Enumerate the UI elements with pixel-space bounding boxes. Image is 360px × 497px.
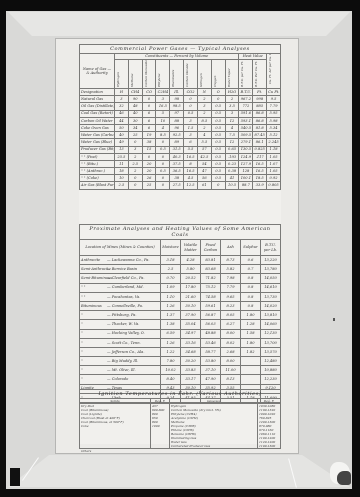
gas-row: Water Gas (Carburetted)4025198.592.5340.… [80, 132, 281, 139]
gas-value: 19 [142, 132, 156, 139]
coal-value: 9.65 [221, 292, 241, 301]
coal-location: "— Scott Co., Tenn. [80, 338, 161, 347]
gas-value: 86.1 [253, 139, 267, 146]
gas-value: 37.5 [170, 160, 184, 167]
coal-value: 14,610 [261, 283, 281, 292]
coal-value: 47.90 [201, 375, 221, 384]
gas-value: 61 [197, 182, 211, 189]
coal-rank: " [81, 359, 107, 364]
gas-value: 2 [128, 153, 142, 160]
coal-value: 12,130 [261, 329, 281, 338]
gas-value: 12.5 [184, 182, 198, 189]
coal-value: 1.38 [161, 320, 181, 329]
coal-mine-location: — Thacker, W. Va. [107, 322, 139, 326]
gas-value: 0 [142, 103, 156, 110]
coal-header-volatile: Volatile Matter [181, 240, 201, 256]
coal-value: 1.28 [241, 320, 261, 329]
gas-value: 16.5 [184, 168, 198, 175]
gas-value: 18 [115, 168, 129, 175]
gas-value: 33.9 [253, 182, 267, 189]
coal-value: 75.12 [201, 283, 221, 292]
coal-value: 48.88 [201, 329, 221, 338]
coal-header-ash: Ash [221, 240, 241, 256]
coal-location: "— Hocking Valley, O. [80, 329, 161, 338]
gas-value: 5.34 [267, 124, 281, 131]
coal-analyses-section: Proximate Analyses and Heating Values of… [79, 224, 281, 403]
coal-value: 5.80 [181, 265, 201, 274]
coal-value: 13,570 [261, 347, 281, 356]
solids-list: Dry PeatCoal (Bituminous)Coal (Lignite)C… [80, 404, 151, 449]
coal-value: 59.61 [201, 301, 221, 310]
gas-row: Carbon Oil Water Gas44306108838.50.51259… [80, 117, 281, 124]
coal-value: 12,480 [261, 357, 281, 366]
gas-value: 124.9 [239, 153, 253, 160]
coal-row: "— Hocking Valley, O.6.5934.9748.888.001… [80, 329, 281, 338]
gas-value: 0 [128, 139, 142, 146]
coal-value: 8.05 [221, 311, 241, 320]
gas-value: 0.5 [156, 168, 170, 175]
ignition-entry: 1100-1300 [259, 444, 279, 448]
coal-mine-location: — Pittsburg, Pa. [107, 313, 137, 317]
gas-row: Water Gas (Blue)4903808965.50.512279.186… [80, 139, 281, 146]
coal-value: 8.40 [161, 375, 181, 384]
gas-value: 5.5 [197, 139, 211, 146]
gas-value: 5.98 [267, 117, 281, 124]
coal-rank: Semi-Anthracite [81, 267, 107, 272]
gas-value: 25 [128, 132, 142, 139]
gas-value: 26 [142, 175, 156, 182]
coal-value: 8.23 [221, 301, 241, 310]
coal-row: "— Mt. Olive, Ill.10.0233.8337.1011.0010… [80, 366, 281, 375]
gas-value: 279.1 [239, 139, 253, 146]
gas-value: 41 [225, 175, 239, 182]
gas-value: 8 [184, 160, 198, 167]
gas-value: 6 [142, 110, 156, 117]
column-label: B.T.U. per Cu. Ft. [239, 60, 253, 89]
gas-value: 88.7 [239, 182, 253, 189]
coal-value: 1.37 [161, 311, 181, 320]
coal-value: 2.68 [221, 347, 241, 356]
coal-location: Bituminous— Connellsville, Pa. [80, 301, 161, 310]
gas-value: 0.23 [225, 160, 239, 167]
coal-value: 14,020 [261, 301, 281, 310]
sticker-shadow [337, 471, 351, 485]
gas-row: " " (Coke)100260384.5560.541100.118.50.9… [80, 175, 281, 182]
coal-value: 6.59 [161, 329, 181, 338]
coal-row: " "— Pocahontas, Va.1.1021.6074.589.650.… [80, 292, 281, 301]
gas-value: 90 [128, 96, 142, 103]
gas-value: 509.5 [239, 132, 253, 139]
coal-value: 0.8 [241, 292, 261, 301]
gas-value: 0.5 [211, 124, 225, 131]
coal-mine-location: — Lackawanna Co., Pa. [107, 258, 150, 262]
coal-value: 1.09 [161, 283, 181, 292]
gas-value: 0.5 [211, 132, 225, 139]
gas-value: 3 [115, 96, 129, 103]
coal-mine-location: — Connellsville, Pa. [107, 304, 143, 308]
coal-value: 83.81 [201, 256, 221, 265]
gas-value: 25 [142, 182, 156, 189]
ignition-entry: 1000 [152, 424, 168, 428]
coal-value: 1.80 [241, 311, 261, 320]
coal-value: 34.97 [181, 329, 201, 338]
coal-rank: " [81, 368, 107, 373]
gas-value: 3 [197, 103, 211, 110]
coal-value: 14,060 [261, 320, 281, 329]
gas-value: 1.5 [184, 124, 198, 131]
coal-value: 10,880 [261, 366, 281, 375]
gas-value: 15 [142, 146, 156, 153]
coal-rank: " [81, 313, 107, 318]
ignition-table: Solids Deg. F. Gaseous Deg. F. Dry PeatC… [79, 398, 281, 449]
gas-value: 16.5 [156, 103, 170, 110]
gas-value: 4 [156, 124, 170, 131]
gas-value: 5.12 [267, 132, 281, 139]
coal-location: " "— Cumberland, Md. [80, 283, 161, 292]
gas-value: 0.5 [211, 153, 225, 160]
coal-mine-location: — Bernice Basin [107, 267, 137, 271]
gas-name: Coal Gas (Retort) [80, 110, 115, 117]
coal-value: 30.10 [181, 301, 201, 310]
coal-row: "— Scott Co., Tenn.1.2633.1653.468.021.8… [80, 338, 281, 347]
coal-mine-location: — Hocking Valley, O. [107, 331, 145, 335]
gas-value: 40 [115, 132, 129, 139]
gas-value: 127.9 [239, 160, 253, 167]
gas-value: 10 [156, 117, 170, 124]
coal-row: Semi-Anthracite— Bernice Basin2.55.8083.… [80, 265, 281, 274]
coal-value: 37.10 [201, 366, 221, 375]
coal-value: 1.22 [161, 347, 181, 356]
coal-mine-location: — Scott Co., Tenn. [107, 341, 141, 345]
coal-mine-location: — Cumberland, Md. [107, 285, 144, 289]
designation-row: Designation H CH4 CO C2H4 Ill. CO2 N O H… [80, 89, 281, 96]
coal-value: 35.04 [181, 320, 201, 329]
coal-value: 0.6 [241, 256, 261, 265]
coal-value: 12,230 [261, 375, 281, 384]
gas-value: 0 [128, 175, 142, 182]
gas-value: 13 [115, 146, 129, 153]
gas-value: 0 [156, 160, 170, 167]
gas-value: 0 [156, 139, 170, 146]
coal-value: 8.02 [221, 338, 241, 347]
coal-value: 1.26 [161, 301, 181, 310]
ignition-entry: Coke [81, 424, 149, 428]
gas-name: Water Gas (Blue) [80, 139, 115, 146]
gas-name-header: Name of Gas — & Authority [80, 54, 115, 89]
gas-value: 98.5 [170, 103, 184, 110]
gas-value: 20 [142, 160, 156, 167]
gas-value: 5.5 [184, 146, 198, 153]
gas-name: Air Gas (Blast Furnace) [80, 182, 115, 189]
gas-value: 57 [197, 146, 211, 153]
coal-value: 6.27 [221, 320, 241, 329]
mat-bevel-bottom [8, 455, 350, 487]
coal-table-title: Proximate Analyses and Heating Values of… [79, 224, 281, 239]
gas-value: 98 [170, 96, 184, 103]
coal-value: 10.02 [161, 366, 181, 375]
column-label: Cu. Ft. Air per Cu. Ft. Gas [267, 54, 281, 89]
coal-value: 1.58 [241, 329, 261, 338]
coal-value: 0.70 [161, 274, 181, 283]
coal-value: 30.20 [181, 357, 201, 366]
gas-value: 7.5 [225, 132, 239, 139]
gas-row: " " (Bitu.)112.520037.58540.50.23127.916… [80, 160, 281, 167]
gas-value: 27.5 [170, 182, 184, 189]
footer-note: Others [79, 449, 281, 453]
coal-value: 4.28 [181, 256, 201, 265]
coal-value: 37.90 [181, 311, 201, 320]
coal-value: 33.17 [181, 375, 201, 384]
gases-deg-list: 1030-10801190-13201000-1020760-8251200-1… [258, 404, 281, 449]
gas-value: 86.8 [253, 117, 267, 124]
gas-value: 998 [253, 96, 267, 103]
coal-row: Anthracite— Lackawanna Co., Pa.3.184.288… [80, 256, 281, 265]
gas-value: 6 [184, 139, 198, 146]
dark-corner [10, 468, 20, 486]
coal-value: 1.10 [161, 292, 181, 301]
gas-value: 540.5 [239, 124, 253, 131]
gas-value: 0 [156, 153, 170, 160]
coal-header-btu: B.T.U. per Lb. [261, 240, 281, 256]
coal-value: 3.18 [161, 256, 181, 265]
gas-value: 7.79 [267, 103, 281, 110]
gas-value: 40 [128, 110, 142, 117]
gas-value: 0 [211, 96, 225, 103]
gas-value: 593.1 [239, 117, 253, 124]
coal-value: 1.82 [241, 347, 261, 356]
gas-value: 25.5 [115, 153, 129, 160]
gas-value: 0.5 [211, 103, 225, 110]
gas-table-body: Designation H CH4 CO C2H4 Ill. CO2 N O H… [80, 89, 281, 190]
gas-value: 16.5 [253, 160, 267, 167]
coal-mine-location: — Jefferson Co., Ala. [107, 350, 144, 354]
coal-value: 13,810 [261, 311, 281, 320]
coal-value: 83.68 [201, 265, 221, 274]
coal-value: 53.46 [201, 338, 221, 347]
gas-name: Producer Gas (Bit) [80, 146, 115, 153]
gas-row: Air Gas (Blast Furnace)2.5025027.512.561… [80, 182, 281, 189]
coal-rank: " " [81, 285, 107, 290]
coal-location: "— Jefferson Co., Ala. [80, 347, 161, 356]
gas-value: 3 [128, 146, 142, 153]
gas-value: 2.5 [115, 182, 129, 189]
coal-mine-location: — Big Muddy, Ill. [107, 359, 138, 363]
gas-name: Coke Oven Gas [80, 124, 115, 131]
gas-value: 0 [184, 96, 198, 103]
gas-value: 54 [197, 160, 211, 167]
coal-rank: Anthracite [81, 258, 107, 263]
gas-name: " " (Anthrac.) [80, 168, 115, 175]
coal-row: Semi-Bituminous— Clearfield Co., Pa.0.70… [80, 274, 281, 283]
gas-value: 0.92 [267, 175, 281, 182]
gas-value: 10.5 [225, 182, 239, 189]
gas-value: 1.05 [267, 168, 281, 175]
coal-value: 8.73 [221, 256, 241, 265]
coal-header-sulphur: Sulphur [241, 240, 261, 256]
gas-value: 16.5 [253, 168, 267, 175]
coal-value: 21.60 [181, 292, 201, 301]
coal-location: Anthracite— Lackawanna Co., Pa. [80, 256, 161, 265]
coal-rank: " [81, 331, 107, 336]
gas-value: 3 [184, 117, 198, 124]
gas-value: 0.825 [253, 146, 267, 153]
coal-value [241, 357, 261, 366]
gas-value: 34 [128, 124, 142, 131]
gas-value: 50 [115, 124, 129, 131]
gas-value: 5 [156, 110, 170, 117]
gas-value: 0.5 [184, 110, 198, 117]
coal-value: 13,700 [261, 338, 281, 347]
coal-header-location: Location of Mines (Mines & Counties) [80, 240, 161, 256]
gas-value: 128 [239, 168, 253, 175]
gas-value: 0.5 [156, 146, 170, 153]
gas-name: " " (Bitu.) [80, 160, 115, 167]
heat-value-header: Heat Value [239, 54, 267, 60]
coal-value: 13,730 [261, 292, 281, 301]
gas-value: 0 [156, 175, 170, 182]
gas-value: 47 [197, 168, 211, 175]
coal-value: 5.82 [221, 265, 241, 274]
coal-value [241, 375, 261, 384]
coal-row: "— Big Muddy, Ill.7.8030.2053.808.0012,4… [80, 357, 281, 366]
column-label: Carbon Monoxide [142, 60, 156, 89]
gas-value: 56 [197, 175, 211, 182]
gas-analyses-table: Name of Gas — & Authority Constituents —… [79, 53, 281, 190]
coal-value: 8.13 [221, 375, 241, 384]
gas-table-title: Commercial Power Gases — Typical Analyse… [79, 44, 281, 53]
coal-value: 53.80 [201, 357, 221, 366]
ignition-section: Ignition Temperatures in Fahr. (Various … [79, 389, 281, 441]
coal-rank: " [81, 350, 107, 355]
gas-name: Carbon Oil Water Gas [80, 117, 115, 124]
gas-value: 12 [225, 117, 239, 124]
coal-value [241, 366, 261, 375]
coal-value: 1.26 [161, 338, 181, 347]
column-label: B.T.U. Per Cu. Ft. [253, 60, 267, 89]
gas-value: 46 [115, 110, 129, 117]
gas-row: Producer Gas (Bit)133150.531.55.5570.50.… [80, 146, 281, 153]
coal-row: "— Jefferson Co., Ala.1.2234.6858.772.68… [80, 347, 281, 356]
coal-location: " "— Pocahontas, Va. [80, 292, 161, 301]
gas-value: 0.65 [225, 146, 239, 153]
gas-analyses-section: Commercial Power Gases — Typical Analyse… [79, 44, 281, 190]
gas-value: 16.5 [184, 153, 198, 160]
gas-value: 2 [197, 124, 211, 131]
column-label: Illuminants [170, 60, 184, 89]
gas-value: 44 [115, 117, 129, 124]
coal-row: "— Pittsburg, Pa.1.3737.9056.878.051.801… [80, 311, 281, 320]
coal-value: 71.82 [201, 274, 221, 283]
ignition-entry: Carbureted Producer Gas [171, 444, 256, 448]
gas-value: 32 [115, 103, 129, 110]
gas-value: 36.5 [170, 168, 184, 175]
gas-value: 49 [115, 139, 129, 146]
gas-value: 38 [142, 139, 156, 146]
coal-value: 13,220 [261, 256, 281, 265]
coal-location: "— Mt. Olive, Ill. [80, 366, 161, 375]
gas-value: 772 [239, 103, 253, 110]
gas-value: 0 [128, 182, 142, 189]
coal-row: "— Colorado8.4033.1747.908.1312,230 [80, 375, 281, 384]
solids-deg-list: 437600-8008006508001000 [151, 404, 170, 449]
gas-value: 1.07 [267, 160, 281, 167]
gas-value: 0 [142, 153, 156, 160]
coal-mine-location: — Mt. Olive, Ill. [107, 368, 136, 372]
coal-location: Semi-Anthracite— Bernice Basin [80, 265, 161, 274]
gas-row: " " (Anthrac.)182200.536.516.5470.50.381… [80, 168, 281, 175]
coal-header-moisture: Moisture [161, 240, 181, 256]
gas-value: 18.5 [253, 175, 267, 182]
coal-row: Bituminous— Connellsville, Pa.1.2630.105… [80, 301, 281, 310]
gas-value: 0 [211, 182, 225, 189]
gas-value: 92.5 [170, 132, 184, 139]
coal-row: " "— Cumberland, Md.1.0917.8075.127.790.… [80, 283, 281, 292]
gas-value: 2 [197, 96, 211, 103]
coal-rank: " [81, 322, 107, 327]
gas-value: 86.8 [253, 110, 267, 117]
gas-value: 591.6 [239, 110, 253, 117]
coal-value: 34.68 [181, 347, 201, 356]
coal-rank: " [81, 377, 107, 382]
gas-value: 9.5 [267, 96, 281, 103]
gas-row: Oil Gas (Distillate)3248016.598.5030.53.… [80, 103, 281, 110]
column-label: Methane [128, 60, 142, 89]
gas-value: 2.5 [128, 160, 142, 167]
gas-value: 88 [170, 117, 184, 124]
coal-value: 33.83 [181, 366, 201, 375]
gas-value: 81.8 [253, 124, 267, 131]
gas-value: 5.95 [267, 110, 281, 117]
gases-list: HydrogenCarbon Monoxide (dry mixt. 5%)Et… [170, 404, 258, 449]
coal-value: 14,050 [261, 274, 281, 283]
gas-value: 20 [142, 168, 156, 175]
gas-value: 0.5 [211, 110, 225, 117]
gas-value: 4.5 [184, 175, 198, 182]
gas-value: 2 [128, 168, 142, 175]
coal-location: "— Big Muddy, Ill. [80, 357, 161, 366]
coal-value: 0.7 [241, 265, 261, 274]
ignition-table-title: Ignition Temperatures in Fahr. (Various … [79, 389, 281, 398]
gas-value: 38 [170, 175, 184, 182]
gas-value: 12 [225, 139, 239, 146]
gas-value: 2.245 [267, 139, 281, 146]
coal-value: 2.5 [161, 265, 181, 274]
gas-value: 96 [170, 124, 184, 131]
gas-value: 0 [156, 182, 170, 189]
column-label: Carbon Dioxide [184, 60, 198, 89]
gas-value: 11 [115, 160, 129, 167]
gas-name: " " (Peat) [80, 153, 115, 160]
column-label: Nitrogen [197, 60, 211, 89]
gas-value: 2 [197, 110, 211, 117]
gas-value: 3 [156, 96, 170, 103]
column-label: Oxygen [211, 60, 225, 89]
gas-value: 30 [128, 117, 142, 124]
coal-rank: Semi-Bituminous [81, 276, 107, 281]
gas-value: 967.2 [239, 96, 253, 103]
coal-value: 33.16 [181, 338, 201, 347]
gas-name: Natural Gas [80, 96, 115, 103]
coal-value: 7.98 [221, 274, 241, 283]
coal-value: 58.77 [201, 347, 221, 356]
coal-value: 8.00 [221, 357, 241, 366]
coal-location: Semi-Bituminous— Clearfield Co., Pa. [80, 274, 161, 283]
mat-bevel-top [8, 12, 350, 36]
coal-value: 56.87 [201, 311, 221, 320]
gas-value: 4 [225, 124, 239, 131]
coal-value: 17.80 [181, 283, 201, 292]
gas-value: 3 [225, 110, 239, 117]
